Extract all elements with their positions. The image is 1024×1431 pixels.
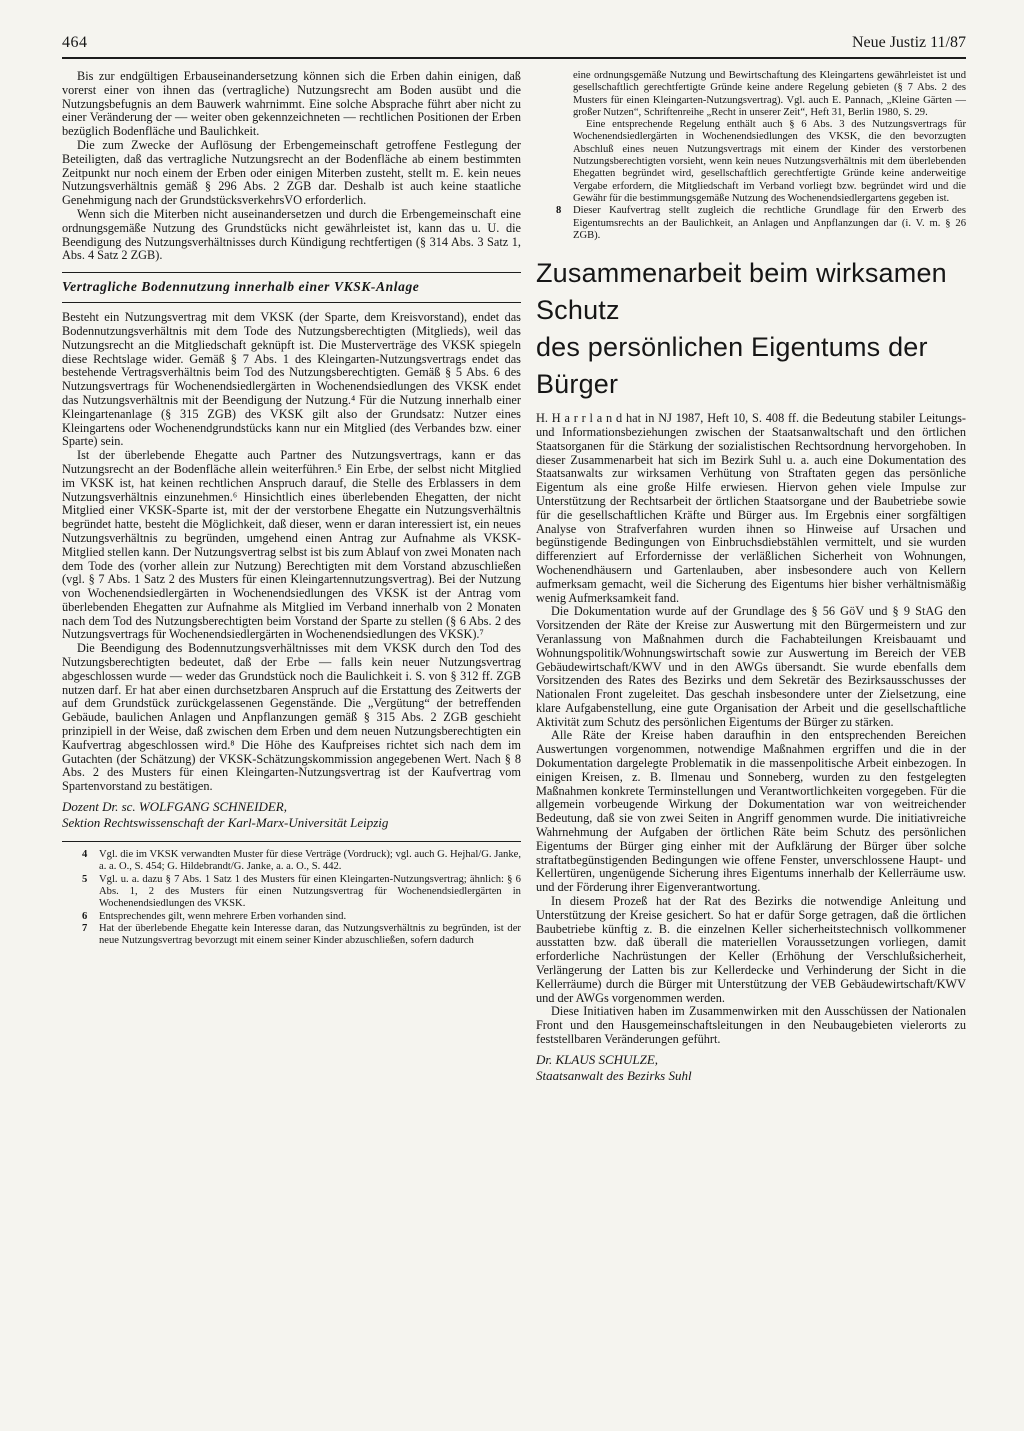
section-heading-block: Vertragliche Bodennutzung innerhalb eine… [62,272,521,303]
journal-page: 464 Neue Justiz 11/87 Bis zur endgültige… [0,0,1024,1431]
author-name: Dozent Dr. sc. WOLFGANG SCHNEIDER, [62,799,521,815]
footnote: 5 Vgl. u. a. dazu § 7 Abs. 1 Satz 1 des … [82,874,521,911]
author-affiliation: Sektion Rechtswissenschaft der Karl-Marx… [62,815,521,831]
paragraph: Die Beendigung des Bodennutzungsverhältn… [62,642,521,794]
author-affiliation: Staatsanwalt des Bezirks Suhl [536,1068,966,1084]
footnote-separator-rule [62,841,521,842]
footnote-continuation: Eine entsprechende Regelung enthält auch… [556,119,966,205]
article-title: Zusammenarbeit beim wirksamen Schutz des… [536,255,966,403]
article-paragraph: Alle Räte der Kreise haben daraufhin in … [536,729,966,895]
footnote-number-empty [556,119,573,205]
footnote-text: eine ordnungsgemäße Nutzung und Bewirtsc… [573,70,966,119]
footnote-text: Eine entsprechende Regelung enthält auch… [573,119,966,205]
footnote-text: Entsprechendes gilt, wenn mehrere Erben … [99,911,521,923]
footnote-number: 5 [82,874,99,911]
footnote-continuation: eine ordnungsgemäße Nutzung und Bewirtsc… [556,70,966,119]
header-rule [62,57,966,59]
article-title-line: des persönlichen Eigentums der Bürger [536,332,928,399]
left-column: Bis zur endgültigen Erbauseinandersetzun… [62,70,521,1084]
author-name: Dr. KLAUS SCHULZE, [536,1052,966,1068]
paragraph: Ist der überlebende Ehegatte auch Partne… [62,449,521,642]
footnote: 6 Entsprechendes gilt, wenn mehrere Erbe… [82,911,521,923]
article-paragraph: In diesem Prozeß hat der Rat des Bezirks… [536,895,966,1005]
two-column-layout: Bis zur endgültigen Erbauseinandersetzun… [62,70,966,1084]
right-column: eine ordnungsgemäße Nutzung und Bewirtsc… [536,70,966,1084]
article-paragraph: Die Dokumentation wurde auf der Grundlag… [536,605,966,729]
footnote-text: Vgl. die im VKSK verwandten Muster für d… [99,849,521,874]
paragraph: Bis zur endgültigen Erbauseinandersetzun… [62,70,521,139]
paragraph: Die zum Zwecke der Auflösung der Erbenge… [62,139,521,208]
footnote-text: Vgl. u. a. dazu § 7 Abs. 1 Satz 1 des Mu… [99,874,521,911]
footnote-continuation-block: eine ordnungsgemäße Nutzung und Bewirtsc… [536,70,966,242]
footnotes-list: 4 Vgl. die im VKSK verwandten Muster für… [62,849,521,947]
footnote-number: 6 [82,911,99,923]
article-paragraph: H. H a r r l a n d hat in NJ 1987, Heft … [536,412,966,605]
article-title-line: Zusammenarbeit beim wirksamen Schutz [536,258,947,325]
page-number: 464 [62,34,88,52]
journal-title: Neue Justiz 11/87 [852,34,966,52]
article-paragraph: Diese Initiativen haben im Zusammenwirke… [536,1005,966,1046]
section-heading: Vertragliche Bodennutzung innerhalb eine… [62,279,521,295]
page-header: 464 Neue Justiz 11/87 [62,34,966,57]
paragraph: Besteht ein Nutzungsvertrag mit dem VKSK… [62,311,521,449]
author-block: Dr. KLAUS SCHULZE, Staatsanwalt des Bezi… [536,1052,966,1084]
footnote-text: Hat der überlebende Ehegatte kein Intere… [99,923,521,948]
footnote: 4 Vgl. die im VKSK verwandten Muster für… [82,849,521,874]
footnote-number-empty [556,70,573,119]
paragraph: Wenn sich die Miterben nicht auseinander… [62,208,521,263]
footnote: 8 Dieser Kaufvertrag stellt zugleich die… [556,205,966,242]
author-block: Dozent Dr. sc. WOLFGANG SCHNEIDER, Sekti… [62,799,521,831]
footnote-number: 7 [82,923,99,948]
footnote-number: 8 [556,205,573,242]
footnote-text: Dieser Kaufvertrag stellt zugleich die r… [573,205,966,242]
footnote: 7 Hat der überlebende Ehegatte kein Inte… [82,923,521,948]
footnote-number: 4 [82,849,99,874]
